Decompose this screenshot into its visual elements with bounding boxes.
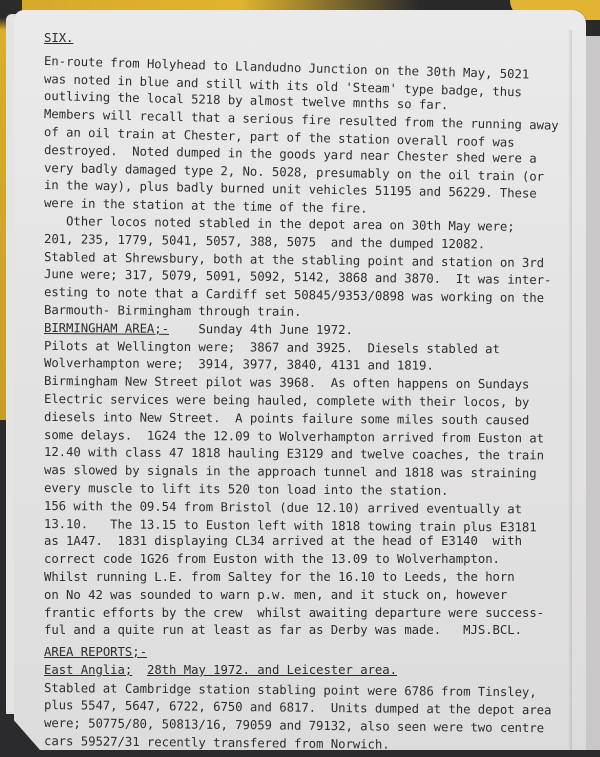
paragraph-steam-badge-and-chester-fire: En-route from Holyhead to Llandudno Junc… [44, 53, 584, 213]
section-area-reports: AREA REPORTS;- East Anglia; 28th May 197… [44, 644, 584, 751]
section-birmingham-area: BIRMINGHAM AREA;- Sunday 4th June 1972. … [44, 320, 584, 640]
typewritten-page: SIX. En-route from Holyhead to Llandudno… [14, 10, 586, 750]
subheading-gap [132, 663, 147, 677]
page-heading: SIX. [44, 30, 584, 48]
paragraph-depot-and-shrewsbury: Other locos noted stabled in the depot a… [44, 213, 584, 320]
text-line: frantic efforts by the crew whilst await… [44, 605, 584, 623]
text-line: Whilst running L.E. from Saltey for the … [44, 569, 584, 587]
text-line: ful and a quite run at least as far as D… [44, 622, 584, 640]
text-line: 13.10. The 13.15 to Euston left with 181… [44, 516, 584, 538]
section-heading-birmingham: BIRMINGHAM AREA;- [44, 321, 169, 336]
text-line: correct code 1G26 from Euston with the 1… [44, 551, 584, 569]
subheading-east-anglia: East Anglia; [44, 663, 132, 677]
section-date: Sunday 4th June 1972. [169, 322, 353, 337]
section-heading-area-reports: AREA REPORTS;- [44, 644, 584, 662]
page-text: SIX. En-route from Holyhead to Llandudno… [44, 30, 584, 751]
text-line: on No 42 was sounded to warn p.w. men, a… [44, 587, 584, 605]
subheading-date-leicester: 28th May 1972. and Leicester area. [147, 663, 397, 677]
